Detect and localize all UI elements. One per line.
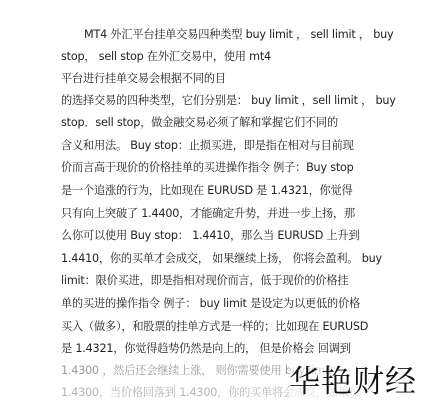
text-line: 1.4410，你的买单才会成交， 如果继续上扬， 你将会盈利。 buy — [61, 250, 382, 266]
text-line: 平台进行挂单交易会根据不同的目 — [61, 70, 226, 86]
text-line: 只有向上突破了 1.4400，才能确定升势，并进一步上扬，那 — [61, 205, 355, 221]
text-line: MT4 外汇平台挂单交易四种类型 buy limit ， sell limit … — [84, 26, 393, 42]
text-line: 是 1.4321，你觉得趋势仍然是向上的， 但是价格会 回调到 — [61, 340, 351, 356]
text-line: stop， sell stop 在外汇交易中，使用 mt4 — [61, 48, 271, 64]
text-line: 的选择交易的四种类型，它们分别是： buy limit ，sell limit … — [61, 92, 396, 108]
text-line: 含义和用法。 Buy stop：止损买进，即是指在相对与目前现 — [61, 137, 354, 153]
text-line: 价而言高于现价的价格挂单的买进操作指令 例子：Buy stop — [61, 159, 354, 175]
text-line: stop．sell stop，做金融交易必须了解和掌握它们不同的 — [61, 114, 338, 130]
text-line: 单的买进的操作指令 例子： buy limit 是设定为以更低的价格 — [61, 295, 360, 311]
text-line: 是一个追涨的行为，比如现在 EURUSD 是 1.4321，你觉得 — [61, 182, 353, 198]
text-line: 么你可以使用 Buy stop： 1.4410，那么当 EURUSD 上升到 — [61, 227, 359, 243]
watermark-logo: 华艳财经 — [289, 365, 417, 399]
text-line: limit：限价买进，即是指相对现价而言，低于现价的价格挂 — [61, 272, 348, 288]
document-page: MT4 外汇平台挂单交易四种类型 buy limit ， sell limit … — [0, 0, 423, 400]
text-line: 买入（做多），和股票的挂单方式是一样的；比如现在 EURUSD — [61, 318, 368, 334]
